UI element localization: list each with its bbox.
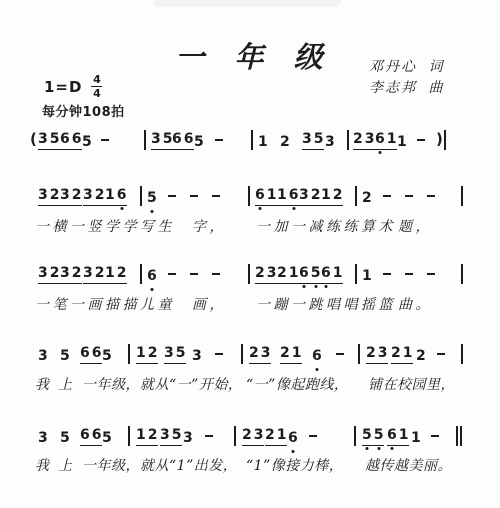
note: 5	[194, 131, 204, 151]
note-digit: 6	[288, 430, 298, 447]
note-digit: 5	[82, 134, 92, 151]
note-digit: 1	[277, 427, 287, 444]
note-digit: 6	[92, 345, 102, 362]
note: 3	[38, 345, 48, 365]
note-digit: 1	[277, 187, 287, 204]
note-digit: 3	[83, 265, 93, 282]
note-digit: 1	[321, 187, 331, 204]
lyric-segment: 我	[35, 455, 50, 475]
duration-dash	[427, 273, 435, 275]
beamed-note-group: 32	[60, 187, 82, 206]
note: 2	[362, 187, 372, 207]
note-digit: 2	[277, 265, 287, 282]
beamed-note-group: 12	[136, 427, 158, 446]
note-digit: 2	[362, 190, 372, 207]
note-digit: 6	[72, 131, 82, 148]
duration-dash	[212, 273, 220, 275]
final-barline-thick	[460, 426, 463, 446]
note-digit: 2	[95, 265, 105, 282]
duration-dash	[168, 273, 176, 275]
lyric-segment: 上	[58, 374, 73, 394]
note-digit: 3	[38, 348, 48, 365]
beamed-note-group: 32	[60, 265, 82, 284]
note-digit: 3	[38, 187, 48, 204]
note-digit: 5	[194, 134, 204, 151]
beamed-note-group: 12	[105, 265, 127, 284]
duration-dash	[212, 195, 220, 197]
barline	[444, 130, 446, 150]
note-digit: 3	[365, 131, 375, 148]
duration-dash	[437, 353, 445, 355]
beamed-note-group: 23	[366, 345, 388, 364]
note-digit: 1	[387, 131, 397, 148]
note-digit: 6	[299, 265, 309, 282]
beamed-note-group: 21	[265, 427, 287, 446]
note-digit: 3	[160, 427, 170, 444]
note-digit: 1	[136, 427, 146, 444]
note-digit: 2	[50, 265, 60, 282]
note: 5	[82, 131, 92, 151]
barline	[248, 186, 250, 206]
note: 6	[288, 427, 298, 447]
note-digit: 5	[102, 430, 112, 447]
lyric-segment: 一加一减练练算术	[256, 216, 396, 236]
duration-dash	[168, 195, 176, 197]
beamed-note-group: 66	[172, 131, 194, 150]
note-digit: 3	[164, 345, 174, 362]
note-digit: 6	[321, 265, 331, 282]
note-digit: 2	[391, 345, 401, 362]
note-digit: 5	[172, 427, 182, 444]
note-digit: 6	[172, 131, 182, 148]
note-digit: 6	[255, 187, 265, 204]
lyric-segment: “1”像接力棒，	[246, 455, 343, 475]
duration-dash	[383, 273, 391, 275]
note-digit: 2	[280, 345, 290, 362]
note-digit: 3	[38, 131, 48, 148]
beamed-note-group: 61	[387, 427, 409, 446]
sheet-music-page: { "colors": { "paper": "#fdfdfd", "ink":…	[0, 0, 500, 508]
note-digit: 6	[117, 187, 127, 204]
note-digit: 2	[353, 131, 363, 148]
note-digit: 2	[366, 345, 376, 362]
beamed-note-group: 65	[299, 265, 321, 284]
duration-dash	[336, 353, 344, 355]
note: 6	[312, 345, 322, 365]
note-digit: 2	[249, 345, 259, 362]
lyric-segment: 一年级，	[82, 374, 140, 394]
note: 1	[362, 265, 372, 285]
note: 3	[183, 427, 193, 447]
duration-dash	[215, 353, 223, 355]
beamed-note-group: 35	[151, 131, 173, 150]
note-digit: 3	[325, 134, 335, 151]
duration-dash	[405, 273, 413, 275]
beamed-note-group: 23	[249, 345, 271, 364]
barline	[248, 264, 250, 284]
beamed-note-group: 32	[83, 187, 105, 206]
note-digit: 5	[176, 345, 186, 362]
note: 3	[38, 427, 48, 447]
note-digit: 3	[254, 427, 264, 444]
note-digit: 3	[192, 348, 202, 365]
lyric-segment: 铺在校园里，	[368, 374, 455, 394]
lyric-segment: 字，	[192, 216, 227, 236]
note-digit: 3	[261, 345, 271, 362]
duration-dash	[101, 139, 109, 141]
beamed-note-group: 32	[299, 187, 321, 206]
duration-dash	[190, 195, 198, 197]
note-digit: 2	[242, 427, 252, 444]
note-digit: 5	[314, 131, 324, 148]
beamed-note-group: 21	[391, 345, 413, 364]
beamed-note-group: 66	[80, 427, 102, 446]
note: 3	[325, 131, 335, 151]
lyric-segment: 一笔一画描描儿童	[35, 294, 175, 314]
note: 5	[147, 187, 157, 207]
note-digit: 2	[72, 187, 82, 204]
note-digit: 3	[60, 265, 70, 282]
barline	[241, 344, 243, 364]
note: 5	[102, 345, 112, 365]
note: 5	[60, 345, 70, 365]
score-area: (35665356651235323611)323232165611632122…	[0, 0, 500, 508]
lyric-segment: 就从“1”出发，	[140, 455, 237, 475]
barline	[347, 130, 349, 150]
note-digit: 1	[333, 265, 343, 282]
lyric-segment: 题，	[398, 216, 433, 236]
note-digit: 1	[105, 265, 115, 282]
barline	[355, 186, 357, 206]
barline	[140, 264, 142, 284]
note-digit: 6	[184, 131, 194, 148]
final-barline	[456, 426, 462, 446]
note-digit: 2	[50, 187, 60, 204]
duration-dash	[215, 139, 223, 141]
note-digit: 1	[258, 134, 268, 151]
final-barline-thin	[456, 426, 458, 446]
beamed-note-group: 12	[321, 187, 343, 206]
barline	[234, 426, 236, 446]
note-digit: 3	[267, 265, 277, 282]
note-digit: 5	[374, 427, 384, 444]
note-digit: 2	[311, 187, 321, 204]
note-digit: 1	[292, 345, 302, 362]
note: 2	[416, 345, 426, 365]
beamed-note-group: 23	[242, 427, 264, 446]
barline	[128, 344, 130, 364]
beamed-note-group: 21	[280, 345, 302, 364]
beamed-note-group: 35	[302, 131, 324, 150]
note-digit: 6	[80, 427, 90, 444]
barline	[461, 344, 463, 364]
note-digit: 3	[302, 131, 312, 148]
note-digit: 2	[416, 348, 426, 365]
barline	[354, 426, 356, 446]
duration-dash	[205, 435, 213, 437]
note-digit: 2	[95, 187, 105, 204]
beamed-note-group: 12	[136, 345, 158, 364]
note-digit: 3	[38, 265, 48, 282]
note: 1	[258, 131, 268, 151]
barline	[144, 130, 146, 150]
note: 5	[60, 427, 70, 447]
beamed-note-group: 66	[80, 345, 102, 364]
beamed-note-group: 32	[83, 265, 105, 284]
note-digit: 5	[311, 265, 321, 282]
lyric-segment: 一蹦一跳唱唱摇篮	[256, 294, 396, 314]
lyric-segment: 一年级，	[82, 455, 140, 475]
beamed-note-group: 66	[60, 131, 82, 150]
note-digit: 5	[60, 430, 70, 447]
beamed-note-group: 23	[255, 265, 277, 284]
note-digit: 2	[333, 187, 343, 204]
note-digit: 6	[80, 345, 90, 362]
note-digit: 3	[38, 430, 48, 447]
lyric-segment: 画，	[192, 294, 227, 314]
note-digit: 6	[147, 268, 157, 285]
note-digit: 6	[60, 131, 70, 148]
repeat-paren: (	[30, 131, 37, 148]
note-digit: 5	[60, 348, 70, 365]
note: 1	[397, 131, 407, 151]
barline	[358, 344, 360, 364]
beamed-note-group: 55	[362, 427, 384, 446]
note-digit: 1	[267, 187, 277, 204]
note: 1	[411, 427, 421, 447]
note-digit: 1	[289, 265, 299, 282]
note: 5	[102, 427, 112, 447]
note-digit: 6	[375, 131, 385, 148]
beamed-note-group: 32	[38, 265, 60, 284]
note-digit: 3	[60, 187, 70, 204]
beamed-note-group: 32	[38, 187, 60, 206]
note: 6	[147, 265, 157, 285]
note-digit: 2	[117, 265, 127, 282]
note-digit: 6	[92, 427, 102, 444]
lyric-segment: “一”像起跑线，	[246, 374, 348, 394]
note-digit: 2	[148, 427, 158, 444]
barline	[461, 264, 463, 284]
barline	[140, 186, 142, 206]
note-digit: 1	[105, 187, 115, 204]
note-digit: 2	[265, 427, 275, 444]
lyric-segment: 上	[58, 455, 73, 475]
beamed-note-group: 61	[255, 187, 277, 206]
beamed-note-group: 35	[38, 131, 60, 150]
note-digit: 3	[299, 187, 309, 204]
duration-dash	[383, 195, 391, 197]
note-digit: 1	[397, 134, 407, 151]
barline	[251, 130, 253, 150]
barline	[461, 186, 463, 206]
note-digit: 6	[289, 187, 299, 204]
note-digit: 3	[378, 345, 388, 362]
note-digit: 1	[399, 427, 409, 444]
duration-dash	[190, 273, 198, 275]
note-digit: 2	[72, 265, 82, 282]
note-digit: 2	[148, 345, 158, 362]
lyric-segment: 我	[35, 374, 50, 394]
beamed-note-group: 61	[375, 131, 397, 150]
lyric-segment: 越传越美丽。	[365, 455, 452, 475]
barline	[355, 264, 357, 284]
barline	[128, 426, 130, 446]
beamed-note-group: 23	[353, 131, 375, 150]
note-digit: 3	[183, 430, 193, 447]
note-digit: 1	[362, 268, 372, 285]
note-digit: 5	[362, 427, 372, 444]
note-digit: 5	[102, 348, 112, 365]
beamed-note-group: 61	[321, 265, 343, 284]
note-digit: 5	[147, 190, 157, 207]
beamed-note-group: 21	[277, 265, 299, 284]
lyric-segment: 一横一竖学学写生	[35, 216, 175, 236]
duration-dash	[431, 435, 439, 437]
beamed-note-group: 35	[160, 427, 182, 446]
note-digit: 5	[50, 131, 60, 148]
beamed-note-group: 35	[164, 345, 186, 364]
lyric-segment: 曲。	[398, 294, 433, 314]
duration-dash	[427, 195, 435, 197]
note-digit: 3	[83, 187, 93, 204]
note-digit: 1	[411, 430, 421, 447]
repeat-paren: )	[436, 131, 443, 148]
duration-dash	[405, 195, 413, 197]
lyric-segment: 就从“一”开始，	[140, 374, 242, 394]
note-digit: 6	[387, 427, 397, 444]
duration-dash	[309, 435, 317, 437]
note-digit: 2	[280, 134, 290, 151]
note-digit: 6	[312, 348, 322, 365]
note-digit: 2	[255, 265, 265, 282]
note-digit: 1	[403, 345, 413, 362]
note-digit: 1	[136, 345, 146, 362]
beamed-note-group: 16	[105, 187, 127, 206]
beamed-note-group: 16	[277, 187, 299, 206]
note: 3	[192, 345, 202, 365]
note: 2	[280, 131, 290, 151]
note-digit: 3	[151, 131, 161, 148]
duration-dash	[417, 139, 425, 141]
